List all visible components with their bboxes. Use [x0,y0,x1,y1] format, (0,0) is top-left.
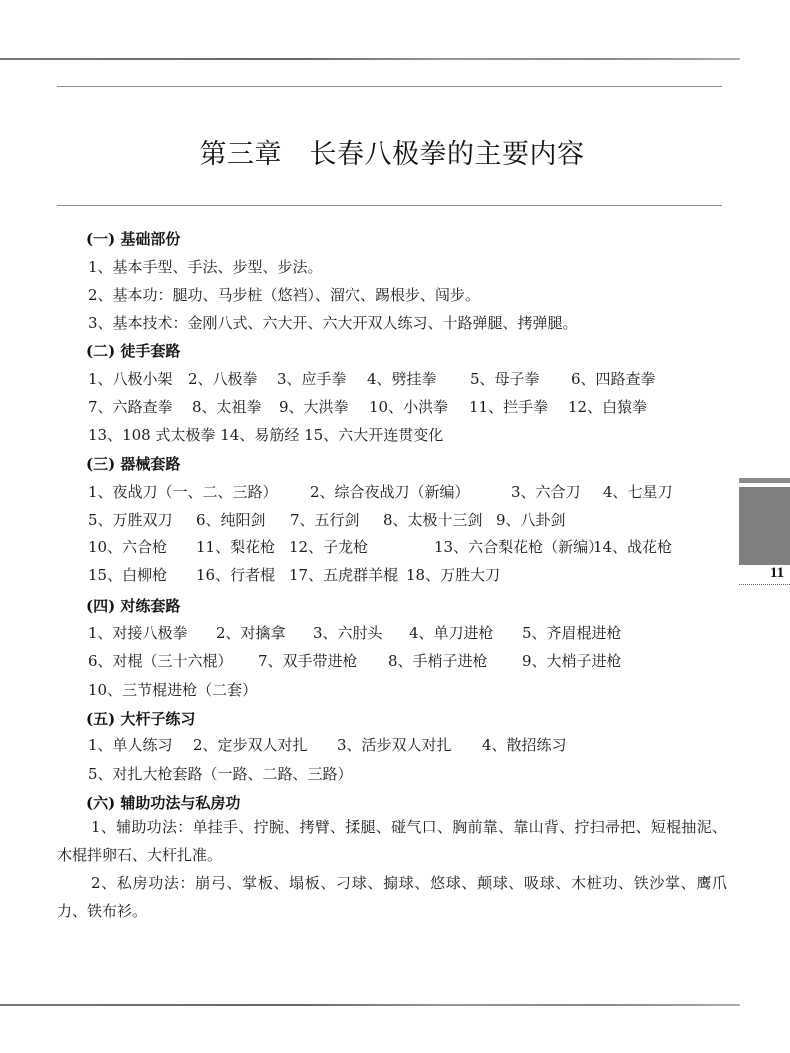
header-rule-inner [57,86,722,87]
footer-rule [0,1004,740,1006]
list-line: 1、基本手型、手法、步型、步法。 [88,256,323,277]
list-item: 13、108 式太极拳 14、易筋经 15、六大开连贯变化 [88,424,443,445]
list-item: 1、单人练习 [88,734,193,755]
list-item: 12、白猿拳 [568,396,647,417]
list-line: 5、万胜双刀 6、纯阳剑 7、五行剑 8、太极十三剑 9、八卦剑 [88,509,566,530]
section-heading-weapon-forms: (三) 器械套路 [86,453,180,474]
list-item: 2、定步双人对扎 [193,734,337,755]
list-item: 3、应手拳 [277,368,367,389]
list-line: 1、对接八极拳 2、对擒拿 3、六肘头 4、单刀进枪 5、齐眉棍进枪 [88,622,622,643]
list-item: 4、散招练习 [482,734,567,755]
list-item: 2、对擒拿 [216,622,313,643]
list-item: 6、四路查拳 [571,368,656,389]
list-item: 5、对扎大枪套路（一路、二路、三路） [88,763,353,784]
list-line: 2、基本功：腿功、马步桩（悠裆）、溜穴、踢根步、闯步。 [88,284,480,305]
header-rule-outer [0,58,740,60]
section-heading-basics: (一) 基础部份 [86,228,180,249]
list-item: 15、白柳枪 [88,564,196,585]
list-line: 10、三节棍进枪（二套） [88,679,257,700]
list-line: 13、108 式太极拳 14、易筋经 15、六大开连贯变化 [88,424,443,445]
thumb-tab-bar [739,478,790,483]
list-item: 10、三节棍进枪（二套） [88,679,257,700]
list-line: 1、八极小架 2、八极拳 3、应手拳 4、劈挂拳 5、母子拳 6、四路查拳 [88,368,656,389]
list-item: 7、六路查拳 [88,396,192,417]
list-item: 2、综合夜战刀（新编） [310,481,511,502]
chapter-title: 第三章 长春八极拳的主要内容 [0,132,784,171]
list-item: 9、大洪拳 [279,396,369,417]
list-line: 7、六路查拳 8、太祖拳 9、大洪拳 10、小洪拳 11、拦手拳 12、白猿拳 [88,396,647,417]
list-line: 1、夜战刀（一、二、三路） 2、综合夜战刀（新编） 3、六合刀 4、七星刀 [88,481,673,502]
chapter-thumb-tab [739,478,790,565]
list-line: 15、白柳枪 16、行者棍 17、五虎群羊棍 18、万胜大刀 [88,564,500,585]
list-item: 10、六合枪 [88,536,196,557]
list-item: 6、纯阳剑 [196,509,290,530]
list-line: 10、六合枪 11、梨花枪 12、子龙枪 13、六合梨花枪（新编） 14、战花枪 [88,536,672,557]
list-item: 8、太极十三剑 [383,509,496,530]
list-item: 4、单刀进枪 [409,622,522,643]
list-item: 3、活步双人对扎 [337,734,482,755]
title-rule [57,205,722,206]
list-item: 6、对棍（三十六棍） [88,650,258,671]
list-item: 5、万胜双刀 [88,509,196,530]
list-item: 1、八极小架 [88,368,188,389]
thumb-tab-block [739,487,790,565]
list-line: 1、单人练习 2、定步双人对扎 3、活步双人对扎 4、散招练习 [88,734,567,755]
list-item: 11、拦手拳 [469,396,568,417]
list-item: 4、七星刀 [603,481,673,502]
paragraph-auxiliary-methods: 1、辅助功法：单挂手、拧腕、拷臂、揉腿、碰气口、胸前靠、靠山背、拧扫帚把、短棍抽… [57,813,727,869]
list-item: 9、八卦剑 [496,509,566,530]
list-line: 3、基本技术：金刚八式、六大开、六大开双人练习、十路弹腿、拷弹腿。 [88,312,578,333]
list-item: 5、齐眉棍进枪 [522,622,622,643]
list-item: 5、母子拳 [470,368,571,389]
list-item: 8、手梢子进枪 [388,650,522,671]
list-item: 9、大梢子进枪 [522,650,622,671]
list-item: 18、万胜大刀 [406,564,500,585]
section-heading-long-pole: (五) 大杆子练习 [86,708,195,729]
list-item: 2、八极拳 [188,368,277,389]
list-item: 8、太祖拳 [192,396,279,417]
list-item: 13、六合梨花枪（新编） [434,536,593,557]
list-item: 7、双手带进枪 [258,650,388,671]
list-line: 5、对扎大枪套路（一路、二路、三路） [88,763,353,784]
list-item: 14、战花枪 [593,536,672,557]
section-heading-barehand-forms: (二) 徒手套路 [86,340,180,361]
list-item: 1、基本手型、手法、步型、步法。 [88,256,323,277]
list-item: 3、六合刀 [511,481,603,502]
list-item: 12、子龙枪 [289,536,434,557]
list-item: 3、六肘头 [313,622,409,643]
list-item: 16、行者棍 [196,564,289,585]
list-item: 2、基本功：腿功、马步桩（悠裆）、溜穴、踢根步、闯步。 [88,284,480,305]
section-heading-auxiliary-training: (六) 辅助功法与私房功 [86,792,240,813]
page-number: 11 [770,565,784,582]
section-heading-partner-forms: (四) 对练套路 [86,595,180,616]
list-item: 10、小洪拳 [369,396,469,417]
list-item: 4、劈挂拳 [367,368,470,389]
list-item: 1、对接八极拳 [88,622,216,643]
paragraph-private-methods: 2、私房功法：崩弓、掌板、塌板、刁球、搧球、悠球、颠球、吸球、木桩功、铁沙掌、鹰… [57,869,727,925]
page-number-dotted-rule [739,584,790,585]
list-item: 17、五虎群羊棍 [289,564,406,585]
list-item: 11、梨花枪 [196,536,289,557]
list-item: 7、五行剑 [290,509,383,530]
list-line: 6、对棍（三十六棍） 7、双手带进枪 8、手梢子进枪 9、大梢子进枪 [88,650,622,671]
list-item: 3、基本技术：金刚八式、六大开、六大开双人练习、十路弹腿、拷弹腿。 [88,312,578,333]
list-item: 1、夜战刀（一、二、三路） [88,481,310,502]
